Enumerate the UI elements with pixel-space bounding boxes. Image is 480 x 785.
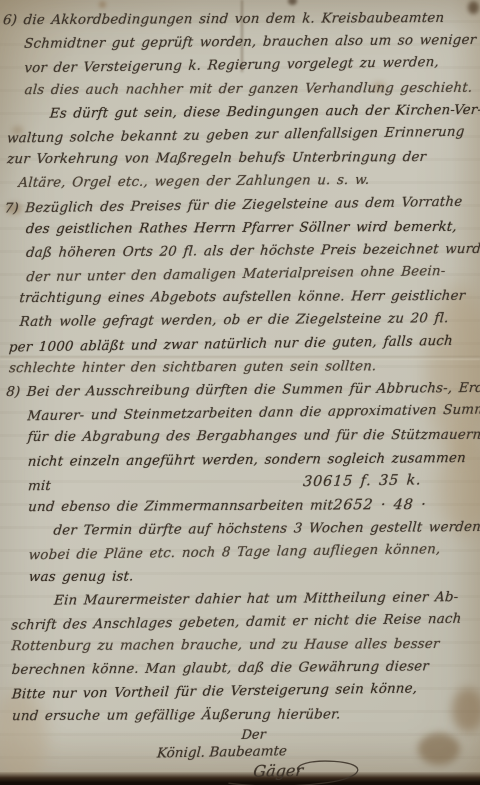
manuscript-line-text: und ebenso die Zimmermannsarbeiten mit [27,494,334,519]
manuscript-line-text: mit [27,475,52,499]
amount-value: 2652 · 48 · [332,494,427,518]
manuscript-line-text: und ersuche um gefällige Äußerung hierüb… [11,703,342,728]
manuscript-page: 6) die Akkordbedingungen sind von dem k.… [0,0,480,785]
manuscript-line-text: schlechte hinter den sichtbaren guten se… [8,355,377,380]
paper-stain [99,1,106,8]
paper-stain [288,0,297,5]
manuscript-line: für die Abgrabung des Bergabhanges und f… [28,424,480,450]
amount-value: 30615 f. 35 k. [302,469,422,494]
manuscript-line: als dies auch nachher mit der ganzen Ver… [25,76,478,102]
signature-name: Gäger [252,760,304,785]
manuscript-line: schlechte hinter den sichtbaren guten se… [9,355,480,381]
manuscript-line-text: zur Vorkehrung von Maßregeln behufs Unte… [6,146,427,171]
manuscript-line-text: für die Abgrabung des Bergabhanges und f… [27,424,480,450]
manuscript-line-text: als dies auch nachher mit der ganzen Ver… [24,76,474,102]
manuscript-line: was genug ist. [29,563,480,589]
manuscript-line-text: des geistlichen Rathes Herrn Pfarrer Söl… [25,215,458,240]
manuscript-line: des geistlichen Rathes Herrn Pfarrer Söl… [26,215,479,241]
manuscript-line-text: Altäre, Orgel etc., wegen der Zahlungen … [17,169,370,195]
manuscript-line-text: Rottenburg zu machen brauche, und zu Hau… [10,633,440,658]
manuscript-line-text: 6) die Akkordbedingungen sind von dem k.… [2,7,445,33]
manuscript-line-text: was genug ist. [28,565,135,589]
manuscript-line: zur Vorkehrung von Maßregeln behufs Unte… [7,146,478,172]
manuscript-line: und ebenso die Zimmermannsarbeiten mit26… [28,494,480,520]
signature-name-text: Gäger [253,761,304,781]
signature-block: Der Königl. Baubeamte Gäger [0,724,480,785]
manuscript-text: 6) die Akkordbedingungen sind von dem k.… [0,6,480,729]
